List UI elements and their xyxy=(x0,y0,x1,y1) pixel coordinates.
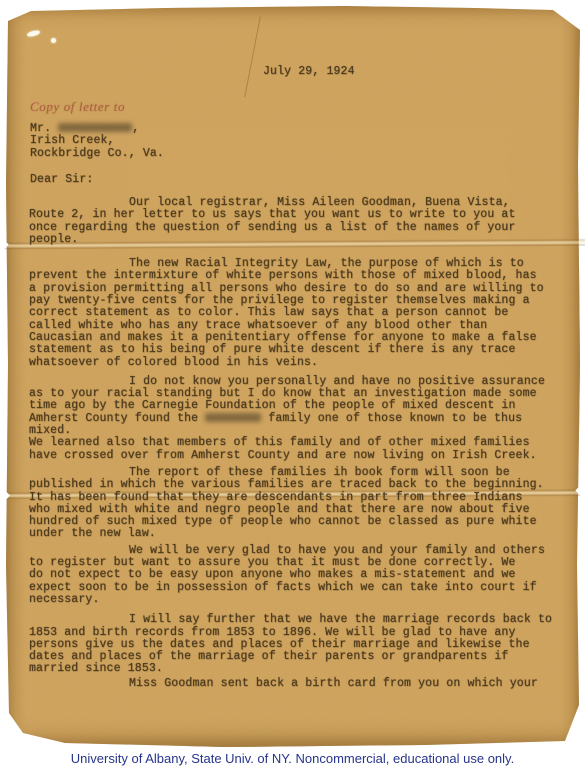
edge-tear xyxy=(0,310,6,327)
recipient-name-suffix: , xyxy=(132,122,139,135)
letter-body: Our local registrar, Miss Aileen Goodman… xyxy=(29,197,561,690)
letter-date: July 29, 1924 xyxy=(263,66,355,78)
copy-of-letter-stamp: Copy of letter to xyxy=(30,99,125,115)
redacted-recipient-name xyxy=(58,123,132,132)
recipient-address-line2: Rockbridge Co., Va. xyxy=(30,148,164,160)
attribution-bar: University of Albany, State Univ. of NY.… xyxy=(0,747,585,770)
paragraph-birth-card: Miss Goodman sent back a birth card from… xyxy=(29,678,561,690)
paragraph-book-report: The report of these families ih book for… xyxy=(29,467,561,541)
redacted-family-name xyxy=(205,413,261,422)
salutation: Dear Sir: xyxy=(30,174,93,186)
paragraph-registrar: Our local registrar, Miss Aileen Goodman… xyxy=(29,197,561,246)
paragraph-register-warning: We will be very glad to have you and you… xyxy=(29,545,561,606)
attribution-caption: University of Albany, State Univ. of NY.… xyxy=(71,751,514,766)
recipient-address-line1: Irish Creek, xyxy=(30,135,164,147)
scanned-letter-page: { "letter": { "date": "July 29, 1924", "… xyxy=(0,0,585,770)
paragraph-racial-integrity-law: The new Racial Integrity Law, the purpos… xyxy=(29,258,561,369)
paragraph-investigation: I do not know you personally and have no… xyxy=(29,376,561,462)
recipient-address-block: Mr. , Irish Creek, Rockbridge Co., Va. xyxy=(30,123,164,160)
paragraph-records: I will say further that we have the marr… xyxy=(29,614,561,675)
